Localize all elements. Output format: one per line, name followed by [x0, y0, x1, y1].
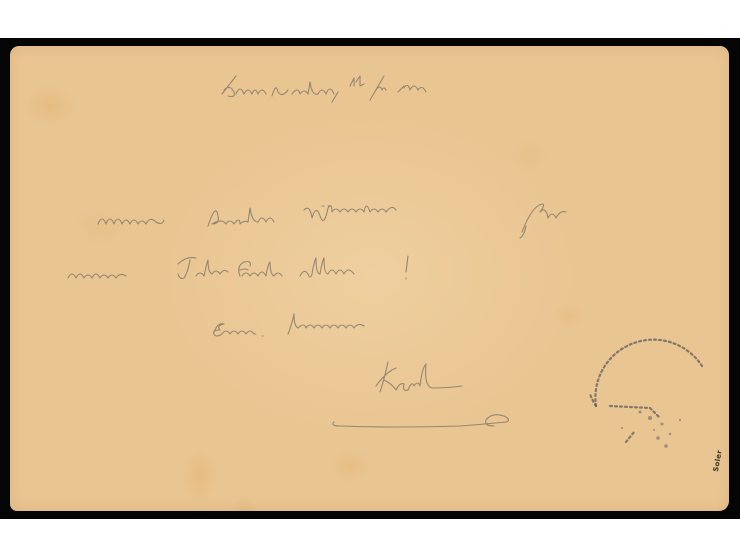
handwriting-strokes [10, 46, 729, 511]
message-line-3-strokes [214, 314, 364, 336]
signature-strokes [333, 362, 509, 427]
message-line-2-strokes [68, 256, 408, 279]
date-line-strokes [222, 76, 426, 102]
postmark [590, 340, 702, 448]
postcard: Kiautschou, 24/12 1900 Meine besten Wüns… [10, 46, 729, 511]
message-line-1-strokes [98, 204, 566, 238]
